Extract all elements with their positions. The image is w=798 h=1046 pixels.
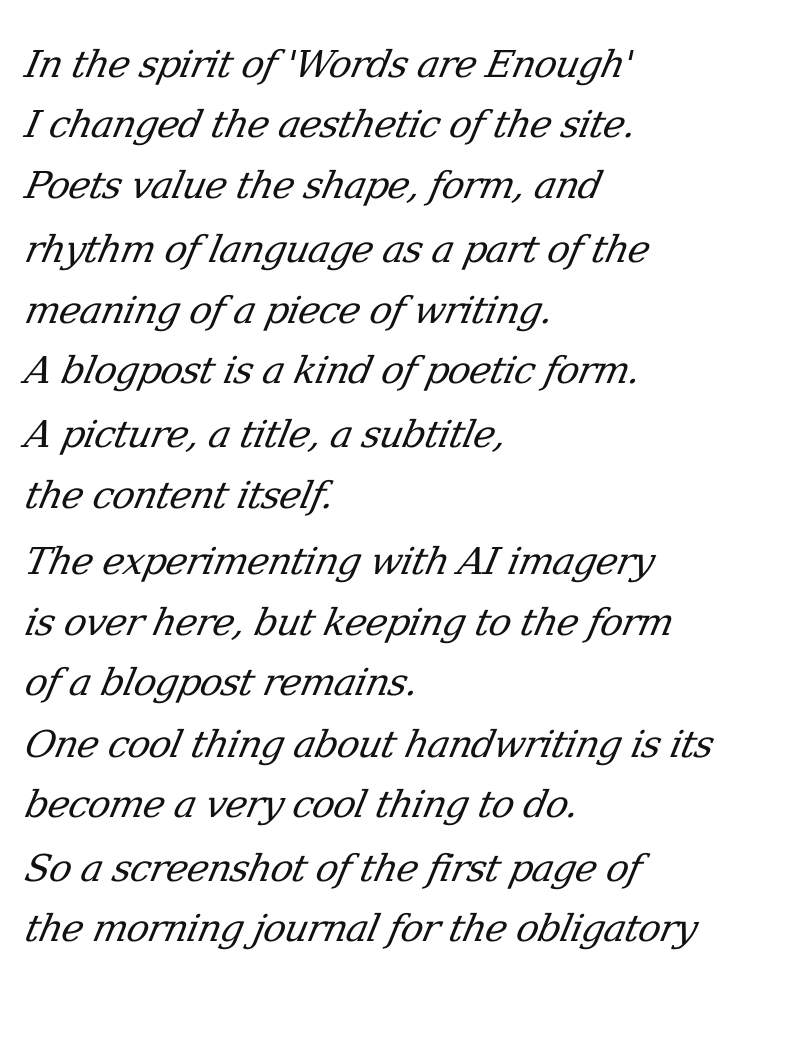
text-line: A blogpost is a kind of poetic form. — [22, 352, 643, 389]
text-line: In the spirit of 'Words are Enough' — [22, 46, 637, 83]
text-line: I changed the aesthetic of the site. — [22, 106, 639, 143]
text-line: become a very cool thing to do. — [22, 786, 582, 823]
text-line: the content itself. — [22, 477, 337, 514]
text-line: One cool thing about handwriting is its — [22, 726, 717, 763]
journal-page: In the spirit of 'Words are Enough' I ch… — [0, 0, 798, 1046]
text-line: is over here, but keeping to the form — [22, 604, 677, 641]
text-line: The experimenting with AI imagery — [22, 543, 657, 580]
text-line: the morning journal for the obligatory — [22, 910, 700, 947]
text-line: Poets value the shape, form, and — [22, 167, 605, 204]
text-line: of a blogpost remains. — [22, 664, 421, 701]
text-line: rhythm of language as a part of the — [22, 231, 653, 268]
text-line: meaning of a piece of writing. — [22, 292, 556, 329]
text-line: A picture, a title, a subtitle, — [22, 416, 509, 453]
text-line: So a screenshot of the first page of — [22, 850, 645, 887]
